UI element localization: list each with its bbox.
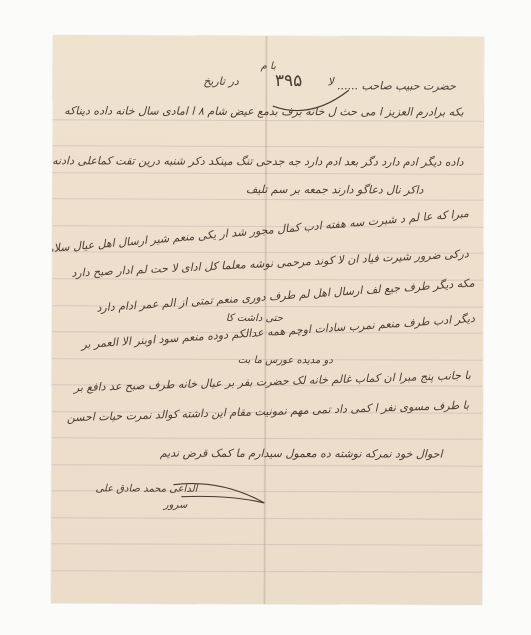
- ruled-line: [51, 464, 482, 467]
- letter-line: با طرف مسوی نفر ا کمی داد تمی مهم نمونیت…: [66, 400, 469, 424]
- letter-line: مبرا که عا لم د شبرت سه هفته ادب کمال مج…: [51, 208, 469, 255]
- ruled-line: [53, 119, 484, 122]
- letter-paper: با م ۳۹۵ در تاریخ لا حضرت حبیب صاحب ....…: [51, 35, 484, 605]
- letter-line: احوال خود نمرکه نوشته ده معمول سیدارم ما…: [160, 448, 443, 460]
- ruled-line: [51, 517, 482, 520]
- ruled-line: [52, 198, 483, 201]
- salutation: حضرت حبیب صاحب ......: [337, 80, 456, 91]
- ruled-line: [51, 543, 482, 546]
- header-left-text: در تاریخ: [203, 76, 239, 87]
- letter-line: داده دیگر ادم دارد دگر بعد ادم دارد جه ج…: [52, 155, 463, 167]
- ruled-line: [51, 570, 482, 573]
- header-number-above: با م: [261, 62, 276, 72]
- letter-line: بکه برادرم العزیز ا می حث ل خانه برف بدم…: [64, 105, 464, 117]
- letter-line: حتی داشت کا: [226, 314, 283, 324]
- letter-line: مکه دیگر طرف جیع لف ارسال اهل لم طرف دور…: [96, 278, 475, 314]
- letter-line: دو مدیده عورس ما بت: [238, 356, 333, 366]
- letter-line: داکر نال دعاگو دارند جمعه بر سم تلیف: [246, 184, 423, 196]
- letter-line: با جانب پنج مبرا ان کماب غالم خانه لک حض…: [74, 370, 471, 393]
- signature-name: الداعی محمد صادق علی: [95, 483, 197, 494]
- ruled-line: [53, 145, 484, 148]
- ruled-line: [52, 437, 483, 440]
- signature-title: سرور: [164, 500, 188, 511]
- ruled-line: [53, 172, 484, 175]
